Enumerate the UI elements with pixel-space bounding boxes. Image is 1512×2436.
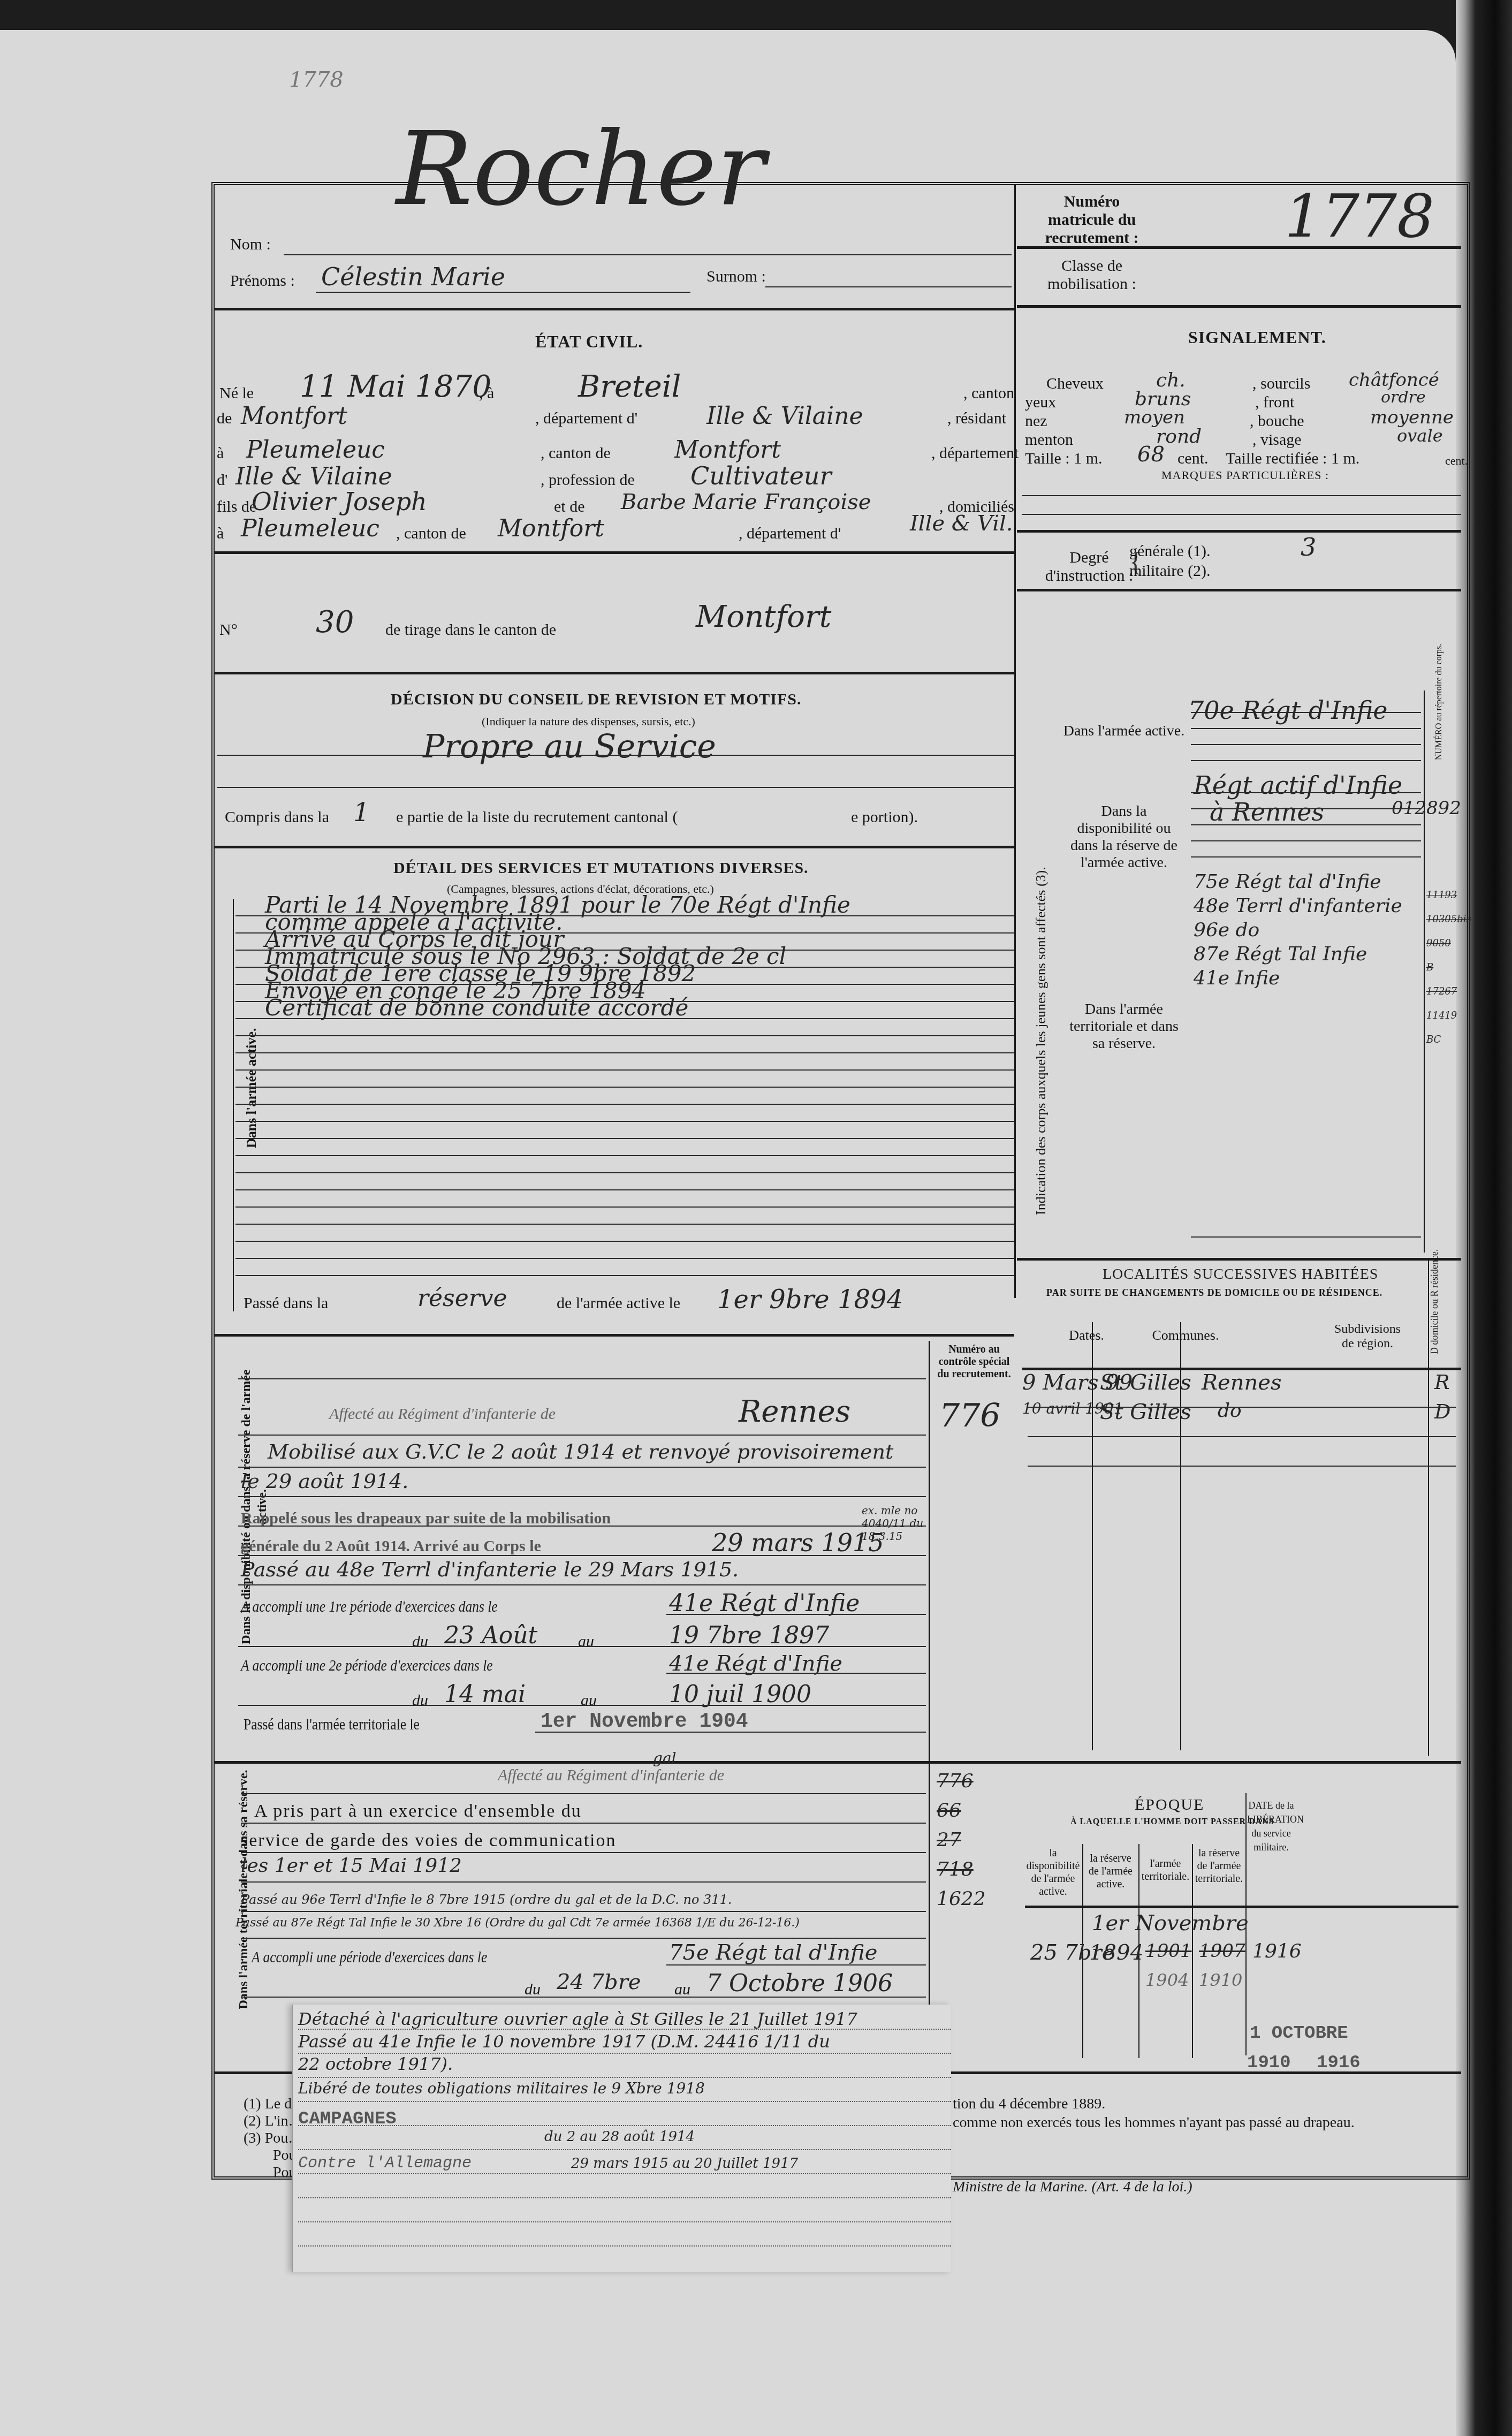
bouche: moyenne bbox=[1370, 407, 1454, 428]
services-title: DÉTAIL DES SERVICES ET MUTATIONS DIVERSE… bbox=[393, 859, 809, 877]
localite-commune: St Gilles bbox=[1100, 1370, 1191, 1395]
campagne-entry: du 2 au 28 août 1914 bbox=[544, 2129, 695, 2145]
marques-title: MARQUES PARTICULIÈRES : bbox=[1161, 468, 1329, 482]
epoque-col-reserve-territoriale: la réserve de l'armée territoriale. bbox=[1194, 1847, 1244, 1885]
epoque-col-territoriale: l'armée territoriale. bbox=[1140, 1857, 1191, 1883]
slip-line: Détaché à l'agriculture ouvrier agle à S… bbox=[298, 2009, 857, 2029]
corps-disponibilite-entry: à Rennes bbox=[1210, 798, 1324, 826]
canton3-label: , canton de bbox=[396, 525, 466, 543]
partie: 1 bbox=[353, 798, 370, 828]
lieu-naissance: Breteil bbox=[578, 369, 681, 404]
epoque-territoriale: 1901 bbox=[1145, 1940, 1192, 1962]
epoque-header-note: 1er Novembre bbox=[1092, 1911, 1249, 1936]
corps-territoriale-entry: 87e Régt Tal Infie bbox=[1194, 942, 1418, 966]
localites-subtitle: PAR SUITE DE CHANGEMENTS DE DOMICILE OU … bbox=[1046, 1287, 1382, 1299]
territoriale-periode-du: 24 7bre bbox=[557, 1970, 641, 1994]
territoriale-passe-label: Passé dans l'armée territoriale le bbox=[244, 1716, 420, 1734]
localites-rows: 9 Mars 99 St Gilles Rennes R 10 avril 19… bbox=[1020, 1370, 1458, 1429]
etat-civil-title: ÉTAT CIVIL. bbox=[535, 332, 643, 352]
canton-naissance: Montfort bbox=[241, 403, 347, 430]
corps-disponibilite-label: Dans la disponibilité ou dans la réserve… bbox=[1062, 803, 1186, 871]
prenoms-value: Célestin Marie bbox=[321, 262, 505, 291]
portion-suffix: e portion). bbox=[851, 808, 918, 826]
degre-label: Degré d'instruction : bbox=[1041, 549, 1137, 585]
menton-label: menton bbox=[1025, 431, 1073, 449]
generale-mobilisation-label: générale du 2 Août 1914. Arrivé au Corps… bbox=[241, 1537, 541, 1555]
front: ordre bbox=[1381, 388, 1426, 407]
d-label: d' bbox=[217, 471, 227, 489]
passe-value: réserve bbox=[417, 1285, 507, 1312]
localites-col-subdivisions: Subdivisions de région. bbox=[1327, 1322, 1408, 1351]
nez-label: nez bbox=[1025, 412, 1047, 430]
canton-parents: Montfort bbox=[498, 515, 604, 542]
localite-type: R bbox=[1434, 1370, 1450, 1394]
epoque-title: ÉPOQUE bbox=[1135, 1796, 1204, 1814]
localites-title: LOCALITÉS SUCCESSIVES HABITÉES bbox=[1103, 1266, 1378, 1283]
affecte-label: Affecté au Régiment d'infanterie de bbox=[329, 1405, 556, 1423]
canton2-label: , canton de bbox=[541, 444, 611, 462]
periode2-label: A accompli une 2e période d'exercices da… bbox=[241, 1657, 493, 1675]
date-naissance: 11 Mai 1870 bbox=[300, 369, 491, 404]
decision-subtitle: (Indiquer la nature des dispenses, sursi… bbox=[482, 715, 695, 728]
pasted-slip: Détaché à l'agriculture ouvrier agle à S… bbox=[292, 2005, 951, 2272]
classe-label: Classe de mobilisation : bbox=[1033, 257, 1151, 293]
periode1-au: 19 7bre 1897 bbox=[669, 1622, 829, 1649]
fils-label: fils de bbox=[217, 498, 256, 516]
marge-note: ex. mle no 4040/11 du 18.3.15 bbox=[862, 1504, 953, 1543]
corps-numero: 11419 BC bbox=[1426, 1004, 1458, 1052]
no-tirage: 30 bbox=[316, 605, 354, 640]
generale-label: générale (1). bbox=[1129, 542, 1211, 560]
sourcils-label: , sourcils bbox=[1252, 375, 1310, 393]
periode2-du-label: du bbox=[412, 1691, 428, 1710]
campagne-entry: 29 mars 1915 au 20 Juillet 1917 bbox=[571, 2156, 798, 2172]
periode1-label: A accompli une 1re période d'exercices d… bbox=[241, 1598, 498, 1616]
localite-commune: St Gilles bbox=[1100, 1400, 1191, 1424]
corps-numero: 10305bis bbox=[1426, 907, 1458, 931]
passe-mid: de l'armée active le bbox=[557, 1294, 680, 1312]
matricule-label: Numéro matricule du recrutement : bbox=[1033, 193, 1151, 247]
territoriale-line: Passé au 96e Terrl d'Infie le 8 7bre 191… bbox=[241, 1892, 732, 1907]
periode2-au: 10 juil 1900 bbox=[669, 1681, 811, 1708]
territoriale-periode-au: 7 Octobre 1906 bbox=[706, 1970, 893, 1997]
services-side-label: Dans l'armée active. bbox=[244, 1028, 260, 1148]
corps-territoriale-list: 75e Régt tal d'Infie 48e Terrl d'infante… bbox=[1194, 870, 1418, 990]
localites-col-dates: Dates. bbox=[1049, 1327, 1124, 1344]
cheveux-label: Cheveux bbox=[1046, 375, 1104, 393]
departement-residence: Ille & Vilaine bbox=[235, 463, 392, 490]
epoque-reserve-active: 1894 bbox=[1089, 1940, 1144, 1965]
liberation-value: 1916 bbox=[1252, 1940, 1302, 1962]
periode1-corps: 41e Régt d'Infie bbox=[669, 1590, 860, 1617]
cent-label: cent. bbox=[1177, 450, 1208, 468]
corps-territoriale-entry: 96e do bbox=[1194, 918, 1418, 942]
territoriale-line: Passé au 87e Régt Tal Infie le 30 Xbre 1… bbox=[235, 1916, 800, 1930]
compris-label: Compris dans la bbox=[225, 808, 329, 826]
corps-disponibilite-entry: Régt actif d'Infie bbox=[1194, 771, 1402, 800]
nez: moyen bbox=[1124, 407, 1185, 428]
campagnes-label: CAMPAGNES bbox=[298, 2109, 397, 2129]
localites-row: 10 avril 1901 St Gilles do D bbox=[1020, 1400, 1458, 1429]
localites-col-type: D domicile ou R résidence. bbox=[1429, 1249, 1440, 1354]
epoque-col-disponibilite: la disponibilité de l'armée active. bbox=[1025, 1847, 1081, 1898]
localites-col-communes: Communes. bbox=[1145, 1327, 1226, 1344]
rappele-label: Rappelé sous les drapeaux par suite de l… bbox=[241, 1509, 611, 1528]
corps-active-entry: 70e Régt d'Infie bbox=[1188, 696, 1388, 725]
corps-active-label: Dans l'armée active. bbox=[1062, 723, 1186, 740]
pencil-note: 1778 bbox=[289, 67, 344, 92]
a-label: , à bbox=[479, 384, 494, 403]
localite-subdivision: Rennes bbox=[1202, 1370, 1282, 1395]
territoriale-numeros: 776 66 27 718 1622 bbox=[937, 1766, 985, 1914]
front-label: , front bbox=[1255, 393, 1294, 412]
ne-le-label: Né le bbox=[219, 384, 254, 403]
profession-label: , profession de bbox=[541, 471, 635, 489]
arrive-value: 29 mars 1915 bbox=[712, 1528, 884, 1557]
contre-label: Contre l'Allemagne bbox=[298, 2154, 472, 2173]
epoque-territoriale-correction: 1904 bbox=[1145, 1970, 1189, 1990]
visage-label: , visage bbox=[1252, 431, 1302, 449]
corps-territoriale-numeros: 11193 10305bis 9050 B 17267 11419 BC bbox=[1426, 883, 1458, 1052]
territoriale-periode-au-label: au bbox=[674, 1980, 690, 1999]
stamp-year: 1916 bbox=[1317, 2053, 1361, 2073]
footnote-tail: tion du 4 décembre 1889. bbox=[953, 2096, 1105, 2113]
periode2-au-label: au bbox=[581, 1691, 597, 1710]
localite-type: D bbox=[1434, 1400, 1450, 1423]
a3-label: à bbox=[217, 525, 224, 543]
passe-date: 1er 9bre 1894 bbox=[717, 1285, 903, 1315]
passe-label: Passé dans la bbox=[244, 1294, 328, 1312]
corps-side-label: Indication des corps auxquels les jeunes… bbox=[1033, 867, 1049, 1215]
visage: ovale bbox=[1397, 426, 1443, 446]
pere: Olivier Joseph bbox=[252, 487, 427, 516]
decision-title: DÉCISION DU CONSEIL DE REVISION ET MOTIF… bbox=[391, 690, 801, 709]
surnom-label: Surnom : bbox=[706, 268, 766, 286]
footnote-tail: Ministre de la Marine. (Art. 4 de la loi… bbox=[953, 2179, 1192, 2196]
signalement-title: SIGNALEMENT. bbox=[1188, 328, 1326, 347]
matricule-value: 1778 bbox=[1285, 182, 1434, 251]
decision-value: Propre au Service bbox=[423, 728, 716, 765]
taille-label: Taille : 1 m. bbox=[1025, 450, 1103, 468]
slip-line: Passé au 41e Infie le 10 novembre 1917 (… bbox=[298, 2031, 830, 2052]
yeux-label: yeux bbox=[1025, 393, 1056, 412]
localite-subdivision: do bbox=[1218, 1400, 1242, 1422]
nom-label: Nom : bbox=[230, 236, 271, 254]
et-de-label: et de bbox=[554, 498, 584, 516]
footnote-tail: comme non exercés tous les hommes n'ayan… bbox=[953, 2114, 1355, 2131]
taille: 68 bbox=[1137, 442, 1165, 467]
territoriale-affecte-label: Affecté au Régiment d'infanterie de bbox=[498, 1766, 724, 1785]
footnote-mark: (2) bbox=[244, 2113, 261, 2129]
taille-rectifiee-label: Taille rectifiée : 1 m. bbox=[1226, 450, 1359, 468]
profession: Cultivateur bbox=[690, 461, 831, 490]
numero-controle: 776 bbox=[939, 1397, 1001, 1435]
compris-suffix: e partie de la liste du recrutement cant… bbox=[396, 808, 678, 826]
no-label: N° bbox=[219, 621, 238, 639]
territoriale-line: service de garde des voies de communicat… bbox=[241, 1831, 617, 1851]
corps-numero: B 17267 bbox=[1426, 955, 1458, 1004]
territoriale-numero: 1622 bbox=[937, 1884, 985, 1914]
generale: 3 bbox=[1301, 533, 1316, 561]
stamp-octobre: 1 OCTOBRE bbox=[1250, 2023, 1348, 2044]
territoriale-numero: 27 bbox=[937, 1825, 985, 1855]
territoriale-side-label: Dans l'armée territoriale et dans sa rés… bbox=[235, 1766, 252, 2013]
nom-value: Rocher bbox=[396, 110, 765, 228]
periode1-du-label: du bbox=[412, 1633, 428, 1651]
periode1-du: 23 Août bbox=[444, 1622, 537, 1649]
territoriale-periode-label: A accompli une période d'exercices dans … bbox=[252, 1948, 487, 1967]
stamp-year: 1910 bbox=[1247, 2053, 1291, 2073]
departement-parents: Ille & Vil. bbox=[910, 511, 1013, 536]
cent2-label: cent. bbox=[1445, 454, 1468, 468]
prenoms-label: Prénoms : bbox=[230, 272, 295, 290]
services-lines: Parti le 14 Novembre 1891 pour le 70e Ré… bbox=[265, 897, 1014, 1016]
mere: Barbe Marie Françoise bbox=[621, 490, 871, 514]
canton-label: , canton bbox=[963, 384, 1014, 403]
corps-numero: 11193 bbox=[1426, 883, 1458, 907]
bouche-label: , bouche bbox=[1250, 412, 1304, 430]
slip-line: 22 octobre 1917). bbox=[298, 2054, 453, 2074]
liberation-label: DATE de la LIBÉRATION du service militai… bbox=[1247, 1798, 1295, 1854]
localites-row: 9 Mars 99 St Gilles Rennes R bbox=[1020, 1370, 1458, 1400]
domicile-parents: Pleumeleuc bbox=[241, 515, 379, 542]
footnote-mark: (3) bbox=[244, 2130, 261, 2146]
sourcils: châtfoncé bbox=[1349, 369, 1439, 391]
departement-label: , département d' bbox=[535, 409, 637, 428]
passe-line: Passé au 48e Terrl d'infanterie le 29 Ma… bbox=[241, 1558, 739, 1581]
reserve-line: Mobilisé aux G.V.C le 2 août 1914 et ren… bbox=[268, 1440, 893, 1463]
canton-residence: Montfort bbox=[674, 436, 781, 464]
epoque-reserve-territoriale-correction: 1910 bbox=[1199, 1970, 1242, 1990]
corps-territoriale-entry: 41e Infie bbox=[1194, 966, 1418, 990]
reserve-line: le 29 août 1914. bbox=[241, 1469, 408, 1493]
tirage-label: de tirage dans le canton de bbox=[385, 621, 556, 639]
numero-controle-label: Numéro au contrôle spécial du recrutemen… bbox=[934, 1344, 1014, 1380]
territoriale-line: les 1er et 15 Mai 1912 bbox=[241, 1855, 462, 1877]
corps-territoriale-entry: 48e Terrl d'infanterie bbox=[1194, 894, 1418, 918]
residant-label: , résidant bbox=[947, 409, 1006, 428]
territoriale-date: 1er Novembre 1904 bbox=[541, 1710, 748, 1733]
epoque-subtitle: À LAQUELLE L'HOMME DOIT PASSER DANS bbox=[1070, 1817, 1274, 1827]
periode2-du: 14 mai bbox=[444, 1681, 526, 1708]
territoriale-numero: 718 bbox=[937, 1855, 985, 1884]
de-label: de bbox=[217, 409, 232, 428]
territoriale-periode-du-label: du bbox=[525, 1980, 541, 1999]
periode1-au-label: au bbox=[578, 1633, 594, 1651]
canton-tirage: Montfort bbox=[696, 599, 831, 634]
departement2-label: , département bbox=[931, 444, 1019, 462]
corps-territoriale-entry: 75e Régt tal d'Infie bbox=[1194, 870, 1418, 894]
territoriale-line: A pris part à un exercice d'ensemble du bbox=[254, 1801, 582, 1822]
slip-line: Libéré de toutes obligations militaires … bbox=[298, 2080, 705, 2097]
territoriale-numero: 66 bbox=[937, 1796, 985, 1825]
affecte-value: Rennes bbox=[739, 1394, 850, 1429]
footnote-mark: (1) bbox=[244, 2096, 261, 2112]
corps-territoriale-label: Dans l'armée territoriale et dans sa rés… bbox=[1062, 1001, 1186, 1052]
epoque-col-reserve-active: la réserve de l'armée active. bbox=[1084, 1852, 1137, 1891]
militaire-label: militaire (2). bbox=[1129, 562, 1211, 580]
epoque-reserve-territoriale: 1907 bbox=[1199, 1940, 1245, 1962]
a2-label: à bbox=[217, 444, 224, 462]
territoriale-numero: 776 bbox=[937, 1766, 985, 1796]
territoriale-affecte-value: gal bbox=[653, 1749, 677, 1767]
departement3-label: , département d' bbox=[739, 525, 841, 543]
corps-numero: 9050 bbox=[1426, 931, 1458, 955]
territoriale-periode-corps: 75e Régt tal d'Infie bbox=[669, 1940, 877, 1965]
residence: Pleumeleuc bbox=[246, 436, 385, 464]
numero-repertoire-label: NUMÉRO au répertoire du corps. bbox=[1434, 644, 1444, 760]
departement-naissance: Ille & Vilaine bbox=[706, 403, 863, 430]
